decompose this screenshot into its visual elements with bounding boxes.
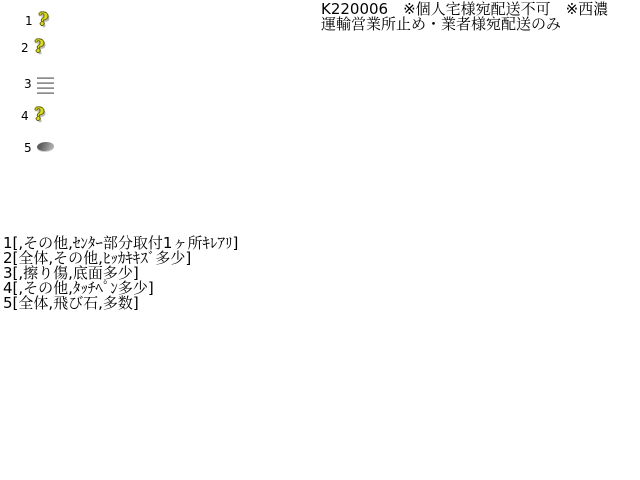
marker-number: 5 [24, 139, 32, 154]
shipping-note: K220006 ※個人宅様宛配送不可 ※西濃 運輸営業所止め・業者様宛配送のみ [321, 2, 608, 32]
question-mark-icon: ? [33, 39, 44, 57]
damage-marker-2: 2 ? [21, 39, 44, 56]
scratch-lines-icon [37, 75, 54, 94]
question-mark-icon: ? [37, 12, 48, 30]
auction-damage-sheet: K220006 ※個人宅様宛配送不可 ※西濃 運輸営業所止め・業者様宛配送のみ … [0, 0, 640, 480]
damage-description-list: 1[,その他,ｾﾝﾀｰ部分取付1ヶ所ｷﾚｱﾘ] 2[全体,その他,ﾋｯｶｷｷｽﾞ… [3, 236, 238, 311]
marker-number: 1 [25, 12, 33, 27]
damage-marker-4: 4 ? [21, 107, 44, 124]
damage-list-item-5: 5[全体,飛び石,多数] [3, 296, 238, 311]
stone-chip-icon [36, 141, 54, 151]
question-mark-icon: ? [33, 107, 44, 125]
marker-number: 4 [21, 107, 29, 122]
damage-marker-5: 5 [24, 139, 54, 154]
marker-number: 2 [21, 39, 29, 54]
damage-marker-3: 3 [24, 75, 54, 94]
shipping-note-line-2: 運輸営業所止め・業者様宛配送のみ [321, 17, 608, 32]
marker-number: 3 [24, 75, 32, 90]
damage-marker-1: 1 ? [25, 12, 48, 29]
